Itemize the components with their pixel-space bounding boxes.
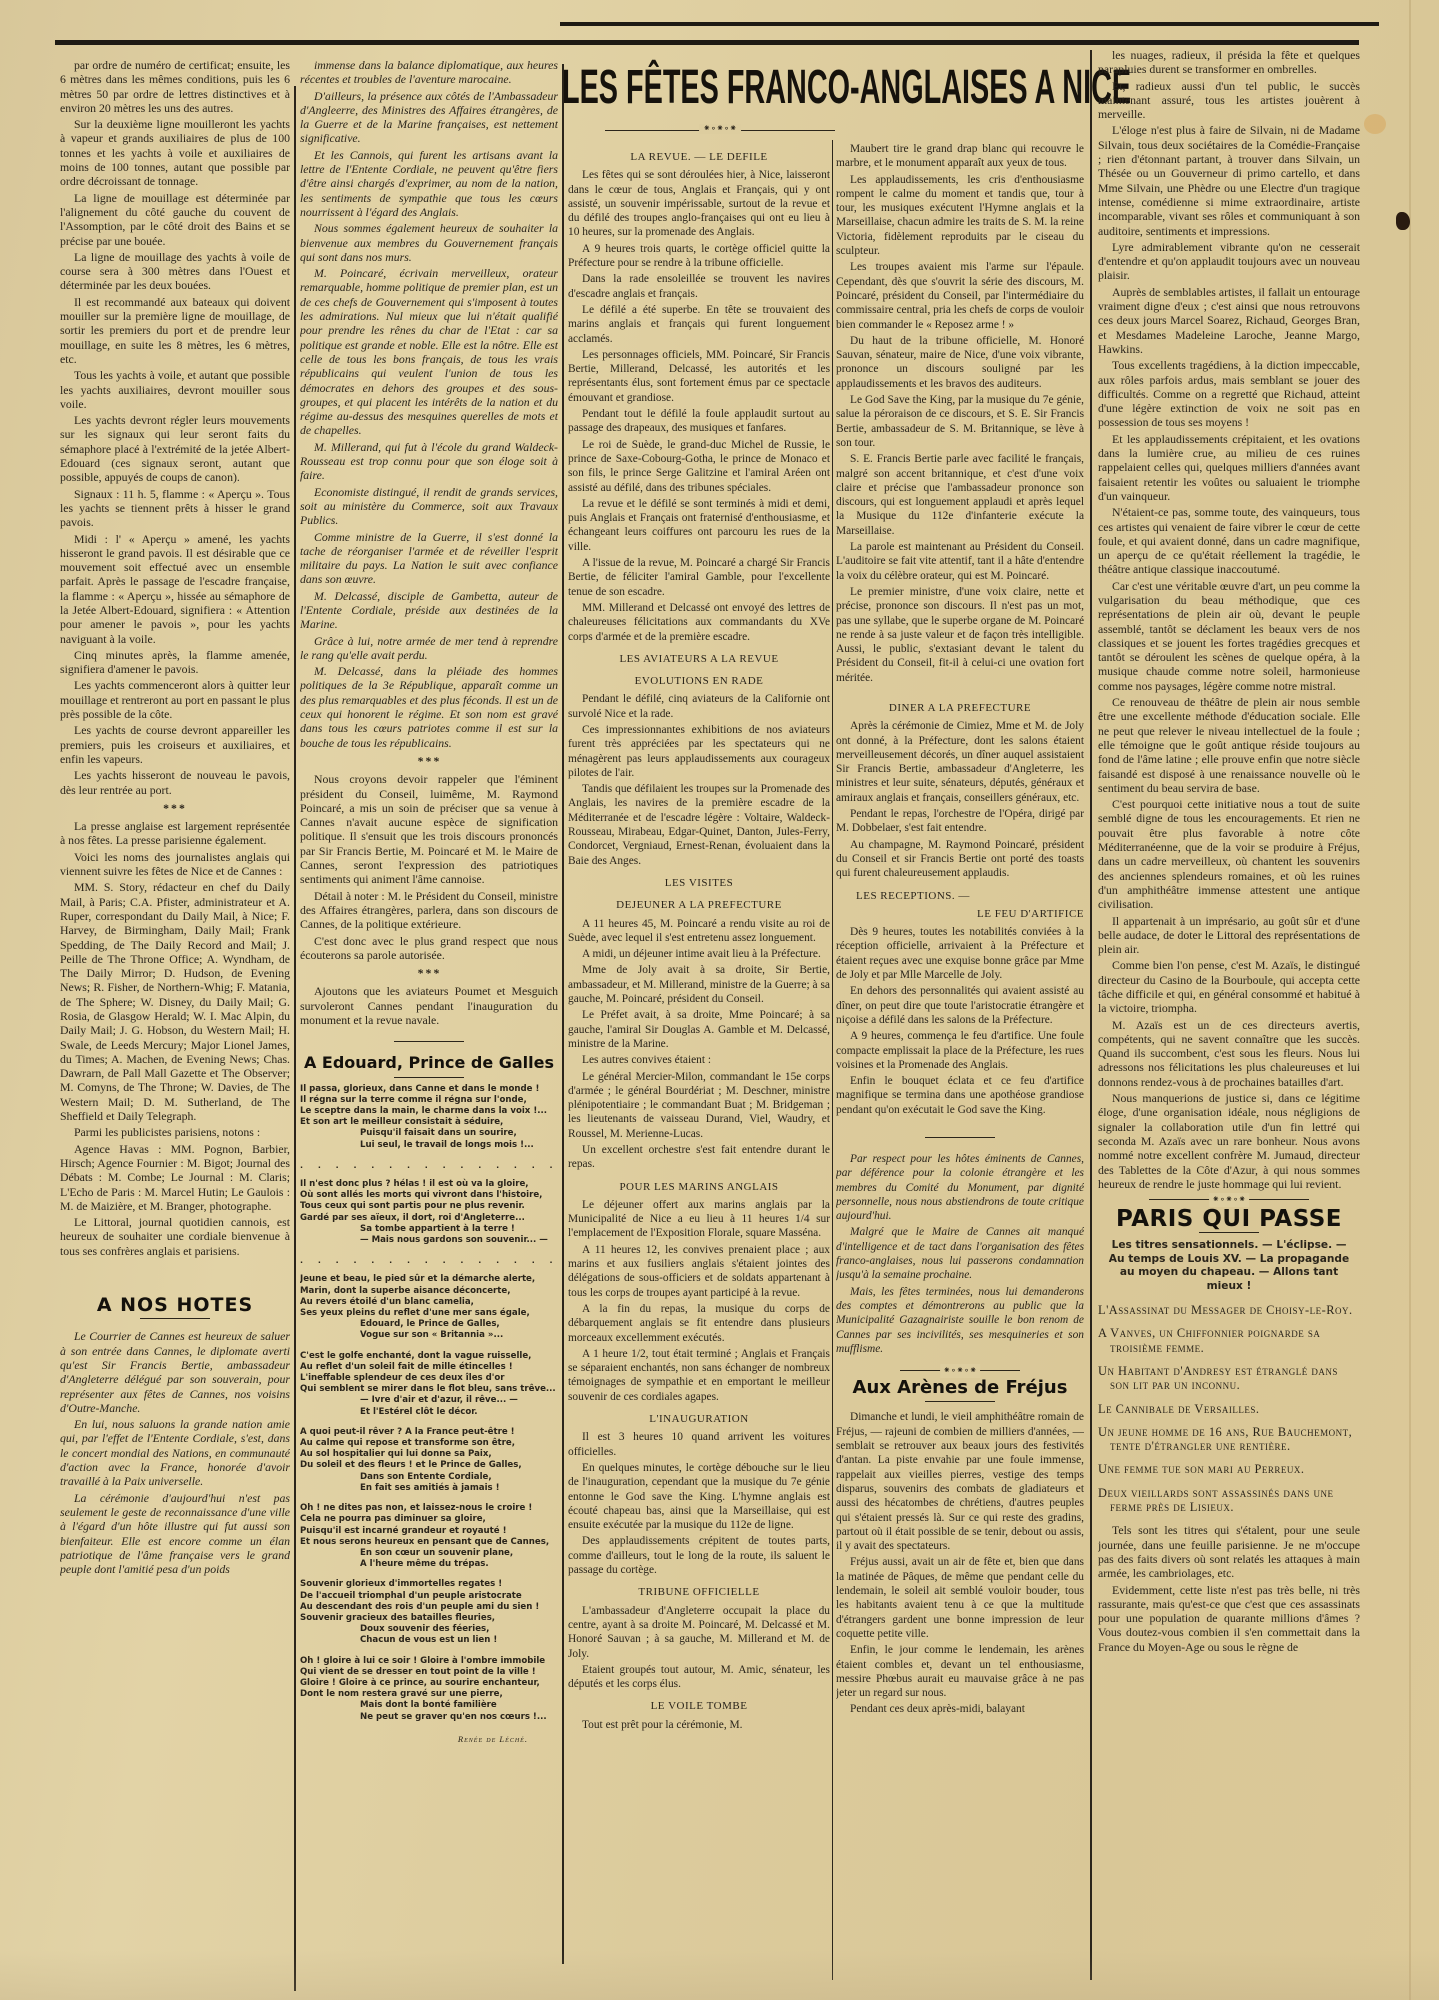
section-subheading: EVOLUTIONS EN RADE	[568, 674, 830, 688]
paragraph: Midi : l' « Aperçu » amené, les yachts h…	[60, 532, 290, 646]
poem-stanza: Souvenir glorieux d'immortelles regates …	[300, 1579, 558, 1646]
section-heading: TRIBUNE OFFICIELLE	[568, 1585, 830, 1599]
column-rule-1	[294, 86, 296, 1991]
paragraph: Il appartenait à un imprésario, au goût …	[1098, 914, 1360, 957]
page-fold	[1409, 0, 1411, 2000]
poem-line: Ses yeux pleins du reflet d'une mer sans…	[300, 1308, 558, 1319]
ornament-icon: ⁕∘⁕∘⁕	[699, 124, 741, 134]
hotes-article: Le Courrier de Cannes est heureux de sal…	[60, 1329, 290, 1576]
paris-deck: Les titres sensationnels. — L'éclipse. —…	[1106, 1239, 1352, 1293]
paragraph: Enfin le bouquet éclata et ce feu d'arti…	[836, 1074, 1084, 1117]
poem-stanza: Oh ! gloire à lui ce soir ! Gloire à l'o…	[300, 1656, 558, 1723]
ink-blot	[1396, 212, 1410, 230]
paris-rule	[1199, 1232, 1259, 1233]
poem-line: L'ineffable splendeur de ces deux îles d…	[300, 1373, 558, 1384]
stanza-dot-divider: . . . . . . . . . . . . . . . . . . . . …	[300, 1255, 558, 1266]
paragraph: Le premier ministre, d'une voix claire, …	[836, 585, 1084, 685]
column-2: immense dans la balance diplomatique, au…	[300, 58, 558, 1970]
paragraph: En lui, nous saluons la grande nation am…	[60, 1417, 290, 1488]
page-bottom-shade	[0, 1950, 1439, 2000]
paragraph: Après la cérémonie de Cimiez, Mme et M. …	[836, 719, 1084, 805]
poem-signature: Renée de Léché.	[300, 1732, 558, 1746]
paragraph: Et, radieux aussi d'un tel public, le su…	[1098, 79, 1360, 122]
paragraph: A 11 heures 45, M. Poincaré a rendu visi…	[568, 917, 830, 946]
paragraph: Les troupes avaient mis l'arme sur l'épa…	[836, 260, 1084, 331]
poem-line: Doux souvenir des féeries,	[300, 1624, 558, 1635]
column-3: LA REVUE. — LE DEFILELes fêtes qui se so…	[568, 142, 830, 1970]
poem-line: Marin, dont la superbe aisance déconcert…	[300, 1286, 558, 1297]
paragraph: Les yachts devront régler leurs mouvemen…	[60, 413, 290, 484]
separator-stars: ***	[60, 801, 290, 815]
paragraph: par ordre de numéro de certificat; ensui…	[60, 58, 290, 115]
paragraph: La presse anglaise est largement représe…	[60, 819, 290, 848]
frejus-article: Dimanche et lundi, le vieil amphithéâtre…	[836, 1410, 1084, 1716]
receptions-article: Dès 9 heures, toutes les notabilités con…	[836, 925, 1084, 1117]
paragraph: Pendant tout le défilé la foule applaudi…	[568, 407, 830, 436]
column-rule-2	[562, 64, 564, 1964]
paragraph: Le Courrier de Cannes est heureux de sal…	[60, 1329, 290, 1415]
paragraph: Le déjeuner offert aux marins anglais pa…	[568, 1198, 830, 1241]
frejus-title: Aux Arènes de Fréjus	[836, 1381, 1084, 1395]
paragraph: Tous les yachts à voile, et autant que p…	[60, 368, 290, 411]
headline-item: L'Assassinat du Messager de Choisy-le-Ro…	[1098, 1303, 1360, 1317]
section-heading: LA REVUE. — LE DEFILE	[568, 150, 830, 164]
paragraph: A 1 heure 1/2, tout était terminé ; Angl…	[568, 1347, 830, 1404]
poem-stanza: C'est le golfe enchanté, dont la vague r…	[300, 1351, 558, 1418]
poem-line: Mais dont la bonté familière	[300, 1700, 558, 1711]
paragraph: Tout est prêt pour la cérémonie, M.	[568, 1718, 830, 1732]
paragraph: Comme ministre de la Guerre, il s'est do…	[300, 530, 558, 587]
poem-line: Lui seul, le travail de longs mois !...	[300, 1140, 558, 1151]
poem-line: C'est le golfe enchanté, dont la vague r…	[300, 1351, 558, 1362]
paragraph: Dès 9 heures, toutes les notabilités con…	[836, 925, 1084, 982]
hotes-rule	[140, 1318, 210, 1319]
headline-list: L'Assassinat du Messager de Choisy-le-Ro…	[1098, 1303, 1360, 1514]
poem-line: Chacun de vous est un lien !	[300, 1635, 558, 1646]
paragraph: Les yachts de course devront appareiller…	[60, 723, 290, 766]
poem-line: Jeune et beau, le pied sûr et la démarch…	[300, 1274, 558, 1285]
poem-line: Sa tombe appartient à la terre !	[300, 1224, 558, 1235]
paragraph: Tous excellents tragédiens, à la diction…	[1098, 358, 1360, 429]
paris-heading-box: PARIS QUI PASSE	[1098, 1212, 1360, 1233]
poem-line: Il passa, glorieux, dans Canne et dans l…	[300, 1084, 558, 1095]
paragraph: Grâce à lui, notre armée de mer tend à r…	[300, 634, 558, 663]
headline-item: Deux vieillards sont assassinés dans une…	[1098, 1486, 1360, 1515]
fetes-article-sections: LA REVUE. — LE DEFILELes fêtes qui se so…	[568, 150, 830, 1732]
paragraph: M. Poincaré, écrivain merveilleux, orate…	[300, 266, 558, 438]
header-rule	[55, 40, 1359, 45]
paragraph: Ces impressionnantes exhibitions de nos …	[568, 723, 830, 780]
separator-stars-2: ***	[300, 966, 558, 980]
paragraph: Le God Save the King, par la musique du …	[836, 393, 1084, 450]
paragraph: immense dans la balance diplomatique, au…	[300, 58, 558, 87]
paragraph: Par respect pour les hôtes éminents de C…	[836, 1152, 1084, 1223]
paragraph: D'ailleurs, la présence aux côtés de l'A…	[300, 89, 558, 146]
poem-line: Tous ceux qui sont partis pour ne plus r…	[300, 1201, 558, 1212]
paragraph: Pendant le défilé, cinq aviateurs de la …	[568, 692, 830, 721]
hotes-title: A NOS HOTES	[60, 1298, 290, 1312]
paragraph: Il est recommandé aux bateaux qui doiven…	[60, 295, 290, 366]
poem-top-rule	[394, 1041, 464, 1042]
poem-line: Et l'Estérel clôt le décor.	[300, 1407, 558, 1418]
paragraph: Sur la deuxième ligne mouilleront les ya…	[60, 117, 290, 188]
paragraph: Nous manquerions de justice si, dans ce …	[1098, 1091, 1360, 1191]
paragraph: Les yachts hisseront de nouveau le pavoi…	[60, 768, 290, 797]
poem-line: Puisqu'il faisait dans un sourire,	[300, 1128, 558, 1139]
poem-line: Oh ! ne dites pas non, et laissez-nous l…	[300, 1503, 558, 1514]
poem-line: Au sol hospitalier qui lui donne sa Paix…	[300, 1449, 558, 1460]
poem-line: Edouard, le Prince de Galles,	[300, 1319, 558, 1330]
poem-line: Au reflet d'un soleil fait de mille étin…	[300, 1362, 558, 1373]
paragraph: MM. Millerand et Delcassé ont envoyé des…	[568, 601, 830, 644]
poem-line: A quoi peut-il rêver ? A la France peut-…	[300, 1427, 558, 1438]
column-rule-3	[832, 140, 833, 1980]
paragraph: Pendant le repas, l'orchestre de l'Opéra…	[836, 807, 1084, 836]
poem-line: Souvenir glorieux d'immortelles regates …	[300, 1579, 558, 1590]
headline-item: Une femme tue son mari au Perreux.	[1098, 1462, 1360, 1476]
paragraph: Car c'est une véritable œuvre d'art, un …	[1098, 579, 1360, 693]
paragraph: Nous sommes également heureux de souhait…	[300, 221, 558, 264]
paragraph: S. E. Francis Bertie parle avec facilité…	[836, 452, 1084, 538]
paragraph: Economiste distingué, il rendit de grand…	[300, 485, 558, 528]
paragraph: En dehors des personnalités qui avaient …	[836, 984, 1084, 1027]
paragraph: L'éloge n'est plus à faire de Silvain, n…	[1098, 123, 1360, 237]
paragraph: M. Millerand, qui fut à l'école du grand…	[300, 440, 558, 483]
paragraph: M. Azaïs est un de ces directeurs averti…	[1098, 1018, 1360, 1089]
poem-title: A Edouard, Prince de Galles	[300, 1056, 558, 1070]
paragraph: Les yachts commenceront alors à quitter …	[60, 678, 290, 721]
frejus-article-continued: les nuages, radieux, il présida la fête …	[1098, 48, 1360, 1191]
paragraph: Mais, les fêtes terminées, nous lui dema…	[836, 1285, 1084, 1356]
paragraph: Tandis que défilaient les troupes sur la…	[568, 782, 830, 868]
paragraph: Ce renouveau de théâtre de plein air nou…	[1098, 695, 1360, 795]
poem-line: Le sceptre dans la main, le charme dans …	[300, 1106, 558, 1117]
paragraph: Des applaudissements crépitent de toutes…	[568, 1534, 830, 1577]
poem-line: Il régna sur la terre comme il régna sur…	[300, 1095, 558, 1106]
paragraph: C'est pourquoi cette initiative nous a t…	[1098, 797, 1360, 911]
paragraph: Etaient groupés tout autour, M. Amic, sé…	[568, 1663, 830, 1692]
headline-ornament-rule: ⁕∘⁕∘⁕	[605, 130, 835, 131]
poem-line: Ne peut se graver qu'en nos cœurs !...	[300, 1712, 558, 1723]
paragraph: Le général Mercier-Milon, commandant le …	[568, 1070, 830, 1141]
section-subheading: DEJEUNER A LA PREFECTURE	[568, 898, 830, 912]
frejus-ornament-rule: ⁕∘⁕∘⁕	[900, 1370, 1020, 1371]
paragraph: Voici les noms des journalistes anglais …	[60, 850, 290, 879]
paragraph: A l'issue de la revue, M. Poincaré a cha…	[568, 556, 830, 599]
section-heading: LES AVIATEURS A LA REVUE	[568, 652, 830, 666]
diner-heading: DINER A LA PREFECTURE	[836, 701, 1084, 715]
headline-item: Un Habitant d'Andresy est étranglé dans …	[1098, 1364, 1360, 1393]
poem-line: Qui vient de se dresser en tout point de…	[300, 1667, 558, 1678]
paragraph: Auprès de semblables artistes, il fallai…	[1098, 285, 1360, 356]
separator-stars: ***	[300, 754, 558, 768]
paper-stain	[1364, 114, 1386, 134]
paragraph: La parole est maintenant au Président du…	[836, 540, 1084, 583]
paragraph: Parmi les publicistes parisiens, notons …	[60, 1125, 290, 1139]
paragraph: Fréjus aussi, avait un air de fête et, b…	[836, 1555, 1084, 1641]
poem-line: Qui semblent se mirer dans le flot bleu,…	[300, 1384, 558, 1395]
editorial-note: Par respect pour les hôtes éminents de C…	[836, 1152, 1084, 1356]
paragraph: Il est 3 heures 10 quand arrivent les vo…	[568, 1430, 830, 1459]
receptions-heading: LES RECEPTIONS. —	[836, 889, 1084, 903]
paragraph: M. Delcassé, disciple de Gambetta, auteu…	[300, 589, 558, 632]
paragraph: Tels sont les titres qui s'étalent, pour…	[1098, 1523, 1360, 1580]
paragraph: A la fin du repas, la musique du corps d…	[568, 1302, 830, 1345]
section-heading: LES VISITES	[568, 876, 830, 890]
poincare-note-article: Nous croyons devoir rappeler que l'émine…	[300, 772, 558, 962]
paragraph: Enfin, le jour comme le lendemain, les a…	[836, 1643, 1084, 1700]
poem-line: En fait ses amitiés à jamais !	[300, 1483, 558, 1494]
poem-line: Du soleil et des fleurs ! et le Prince d…	[300, 1460, 558, 1471]
poem-line: De l'accueil triomphal d'un peuple arist…	[300, 1591, 558, 1602]
paragraph: A 11 heures 12, les convives prenaient p…	[568, 1243, 830, 1300]
poem-stanza: Il n'est donc plus ? hélas ! il est où v…	[300, 1179, 558, 1246]
paragraph: Et les applaudissements crépitaient, et …	[1098, 432, 1360, 503]
paragraph: Les applaudissements, les cris d'enthous…	[836, 173, 1084, 259]
paragraph: Les fêtes qui se sont déroulées hier, à …	[568, 168, 830, 239]
paragraph: M. Delcassé, dans la pléiade des hommes …	[300, 664, 558, 750]
paragraph: A 9 heures trois quarts, le cortège offi…	[568, 242, 830, 271]
paragraph: La ligne de mouillage des yachts à voile…	[60, 250, 290, 293]
frejus-heading-box: Aux Arènes de Fréjus	[836, 1381, 1084, 1402]
paragraph: A midi, un déjeuner intime avait lieu à …	[568, 947, 830, 961]
headline-item: Le Cannibale de Versailles.	[1098, 1402, 1360, 1416]
poem-heading-box: A Edouard, Prince de Galles	[300, 1056, 558, 1077]
paris-title: PARIS QUI PASSE	[1098, 1212, 1360, 1226]
paragraph: Maubert tire le grand drap blanc qui rec…	[836, 142, 1084, 171]
paragraph: Détail à noter : M. le Président du Cons…	[300, 889, 558, 932]
column-1: par ordre de numéro de certificat; ensui…	[60, 58, 290, 1970]
poem-stanza: A quoi peut-il rêver ? A la France peut-…	[300, 1427, 558, 1494]
editorial-rule	[925, 1137, 995, 1138]
section-heading: L'INAUGURATION	[568, 1412, 830, 1426]
paris-ornament-rule: ⁕∘⁕∘⁕	[1149, 1199, 1309, 1200]
paragraph: Signaux : 11 h. 5, flamme : « Aperçu ». …	[60, 487, 290, 530]
paragraph: Cinq minutes après, la flamme amenée, si…	[60, 648, 290, 677]
paragraph: Le Littoral, journal quotidien cannois, …	[60, 1215, 290, 1258]
paragraph: Comme bien l'on pense, c'est M. Azaïs, l…	[1098, 958, 1360, 1015]
paragraph: Pendant ces deux après-midi, balayant	[836, 1702, 1084, 1716]
paragraph: Les autres convives étaient :	[568, 1053, 830, 1067]
poem-stanza: Jeune et beau, le pied sûr et la démarch…	[300, 1274, 558, 1341]
top-edge-rule	[560, 22, 1379, 26]
poem-line: A l'heure même du trépas.	[300, 1559, 558, 1570]
column-rule-4	[1090, 50, 1092, 1980]
paragraph: Evidemment, cette liste n'est pas très b…	[1098, 1583, 1360, 1654]
poem-line: Et nous serons heureux en pensant que de…	[300, 1537, 558, 1548]
poem-line: En son cœur un souvenir plane,	[300, 1548, 558, 1559]
poem-line: Oh ! gloire à lui ce soir ! Gloire à l'o…	[300, 1656, 558, 1667]
poem-line: Puisqu'il est incarné grandeur et royaut…	[300, 1526, 558, 1537]
poem-line: Dont le nom restera gravé sur une pierre…	[300, 1689, 558, 1700]
paragraph: C'est donc avec le plus grand respect qu…	[300, 934, 558, 963]
poem-stanza: Oh ! ne dites pas non, et laissez-nous l…	[300, 1503, 558, 1570]
poem-line: Il n'est donc plus ? hélas ! il est où v…	[300, 1179, 558, 1190]
stanza-dot-divider: . . . . . . . . . . . . . . . . . . . . …	[300, 1160, 558, 1171]
paragraph: Le roi de Suède, le grand-duc Michel de …	[568, 438, 830, 495]
yacht-regulations-article: par ordre de numéro de certificat; ensui…	[60, 58, 290, 797]
hotes-heading-box: A NOS HOTES	[60, 1298, 290, 1319]
paragraph: A 9 heures, commença le feu d'artifice. …	[836, 1029, 1084, 1072]
paragraph: Ajoutons que les aviateurs Poumet et Mes…	[300, 984, 558, 1027]
paragraph: Un excellent orchestre s'est fait entend…	[568, 1143, 830, 1172]
paragraph: N'étaient-ce pas, somme toute, des vainq…	[1098, 505, 1360, 576]
poem-line: Où sont allés les morts qui vivront dans…	[300, 1190, 558, 1201]
frejus-rule	[925, 1401, 995, 1402]
headline-item: Un jeune homme de 16 ans, Rue Bauchemont…	[1098, 1425, 1360, 1454]
poem-line: Au descendant des rois d'un peuple ami d…	[300, 1602, 558, 1613]
paragraph: MM. S. Story, rédacteur en chef du Daily…	[60, 880, 290, 1123]
paragraph: Le défilé a été superbe. En tête se trou…	[568, 303, 830, 346]
poem-line: Gardé par ses aïeux, il dort, roi d'Angl…	[300, 1213, 558, 1224]
paragraph: Au champagne, M. Raymond Poincaré, prési…	[836, 838, 1084, 881]
ministers-article: immense dans la balance diplomatique, au…	[300, 58, 558, 750]
paragraph: En quelques minutes, le cortège débouche…	[568, 1461, 830, 1532]
paragraph: Dimanche et lundi, le vieil amphithéâtre…	[836, 1410, 1084, 1553]
poem-line: Au calme qui repose et transforme son êt…	[300, 1438, 558, 1449]
poem-line: Et son art le meilleur consistait à sédu…	[300, 1117, 558, 1128]
paragraph: Et les Cannois, qui furent les artisans …	[300, 148, 558, 219]
ornament-icon: ⁕∘⁕∘⁕	[1209, 1193, 1249, 1207]
paragraph: Nous croyons devoir rappeler que l'émine…	[300, 772, 558, 886]
poem-line: Dans son Entente Cordiale,	[300, 1472, 558, 1483]
main-headline: LES FÊTES FRANCO-ANGLAISES A NICE	[562, 62, 1087, 122]
paragraph: Du haut de la tribune officielle, M. Hon…	[836, 334, 1084, 391]
column-5: les nuages, radieux, il présida la fête …	[1098, 48, 1360, 1970]
press-article: La presse anglaise est largement représe…	[60, 819, 290, 1258]
paris-article: Tels sont les titres qui s'étalent, pour…	[1098, 1523, 1360, 1654]
main-headline-text: LES FÊTES FRANCO-ANGLAISES A NICE	[562, 62, 1087, 114]
poem-line: Cela ne pourra pas diminuer sa gloire,	[300, 1514, 558, 1525]
section-heading: LE VOILE TOMBE	[568, 1699, 830, 1713]
ceremony-article: Maubert tire le grand drap blanc qui rec…	[836, 142, 1084, 685]
ornament-icon: ⁕∘⁕∘⁕	[940, 1364, 980, 1378]
poem-line: — Mais nous gardons son souvenir... —	[300, 1235, 558, 1246]
paragraph: les nuages, radieux, il présida la fête …	[1098, 48, 1360, 77]
aviators-note-article: Ajoutons que les aviateurs Poumet et Mes…	[300, 984, 558, 1027]
poem-stanza: Il passa, glorieux, dans Canne et dans l…	[300, 1084, 558, 1151]
poem-title-rule	[394, 1077, 464, 1078]
paragraph: Lyre admirablement vibrante qu'on ne ces…	[1098, 240, 1360, 283]
poem-line: Au revers étoilé d'un blanc camelia,	[300, 1297, 558, 1308]
paragraph: La cérémonie d'aujourd'hui n'est pas seu…	[60, 1491, 290, 1577]
poem-body: Il passa, glorieux, dans Canne et dans l…	[300, 1084, 558, 1723]
paragraph: L'ambassadeur d'Angleterre occupait la p…	[568, 1604, 830, 1661]
paragraph: Mme de Joly avait à sa droite, Sir Berti…	[568, 963, 830, 1006]
poem-line: — Ivre d'air et d'azur, il rêve... —	[300, 1395, 558, 1406]
paragraph: La revue et le défilé se sont terminés à…	[568, 497, 830, 554]
paragraph: La ligne de mouillage est déterminée par…	[60, 191, 290, 248]
paragraph: Les personnages officiels, MM. Poincaré,…	[568, 348, 830, 405]
column-4: Maubert tire le grand drap blanc qui rec…	[836, 142, 1084, 1970]
paragraph: Malgré que le Maire de Cannes ait manqué…	[836, 1225, 1084, 1282]
poem-line: Souvenir gracieux des batailles fleuries…	[300, 1613, 558, 1624]
diner-article: Après la cérémonie de Cimiez, Mme et M. …	[836, 719, 1084, 880]
headline-item: A Vanves, un Chiffonnier poignarde sa tr…	[1098, 1326, 1360, 1355]
paragraph: Dans la rade ensoleillée se trouvent les…	[568, 272, 830, 301]
poem-line: Gloire ! Gloire à ce prince, au sourire …	[300, 1678, 558, 1689]
paragraph: Agence Havas : MM. Pognon, Barbier, Hirs…	[60, 1142, 290, 1213]
paragraph: Le Préfet avait, à sa droite, Mme Poinca…	[568, 1008, 830, 1051]
poem-line: Vogue sur son « Britannia »...	[300, 1330, 558, 1341]
feu-artifice-heading: LE FEU D'ARTIFICE	[836, 907, 1084, 921]
section-heading: POUR LES MARINS ANGLAIS	[568, 1180, 830, 1194]
